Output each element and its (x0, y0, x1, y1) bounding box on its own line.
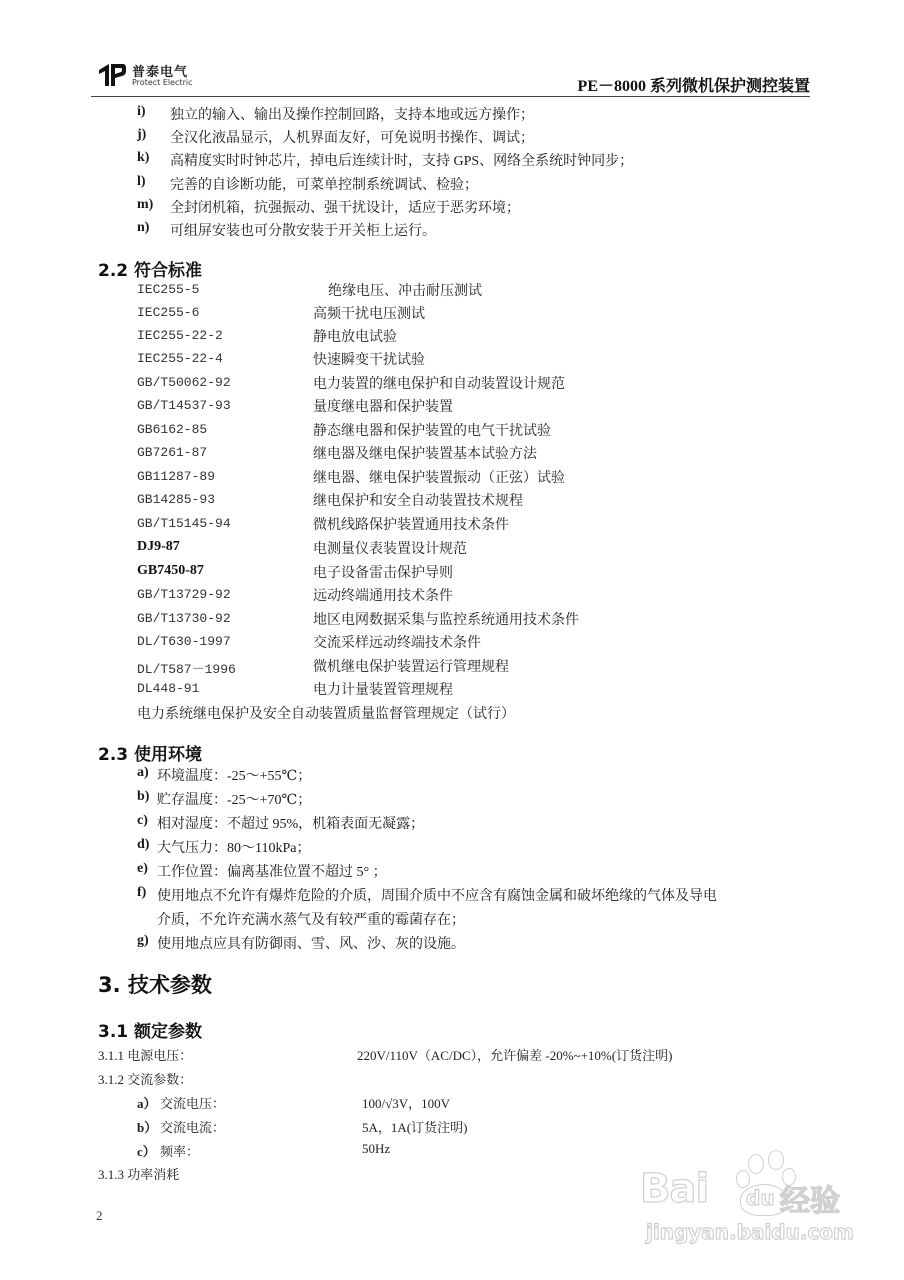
standard-code: IEC255-6 (137, 305, 199, 320)
list-marker: c） (137, 1141, 156, 1160)
list-text: 大气压力：80～110kPa； (157, 837, 310, 857)
standard-code: DL448-91 (137, 681, 199, 696)
list-text: 全汉化液晶显示，人机界面友好，可免说明书操作、调试； (170, 127, 534, 147)
standard-desc: 绝缘电压、冲击耐压测试 (328, 280, 482, 300)
list-marker: m) (137, 197, 153, 213)
standard-desc: 电测量仪表装置设计规范 (313, 538, 467, 558)
standard-desc: 地区电网数据采集与监控系统通用技术条件 (313, 609, 579, 629)
list-text: 贮存温度：-25～+70℃； (157, 789, 311, 809)
paw-toe-icon (768, 1150, 784, 1170)
param-value: 5A，1A(订货注明) (362, 1117, 467, 1136)
list-text: 相对湿度：不超过 95%，机箱表面无凝露； (157, 813, 424, 833)
standard-code: GB7261-87 (137, 445, 207, 460)
watermark-brand-cn: 经验 (780, 1176, 840, 1220)
standard-desc: 电力装置的继电保护和自动装置设计规范 (313, 373, 565, 393)
param-value: 50Hz (362, 1141, 390, 1157)
standard-desc: 微机线路保护装置通用技术条件 (313, 514, 509, 534)
list-text: 可组屏安装也可分散安装于开关柜上运行。 (170, 220, 436, 240)
standard-code: GB14285-93 (137, 492, 215, 507)
list-marker: l) (137, 174, 146, 190)
standard-desc: 静态继电器和保护装置的电气干扰试验 (313, 420, 551, 440)
list-marker: g) (137, 933, 149, 949)
standard-desc: 继电器及继电保护装置基本试验方法 (313, 443, 537, 463)
standard-desc: 远动终端通用技术条件 (313, 585, 453, 605)
list-text: 环境温度：-25～+55℃； (157, 765, 311, 785)
standard-desc: 微机继电保护装置运行管理规程 (313, 656, 509, 676)
param-label: 交流电压： (160, 1093, 225, 1112)
standard-code: DL/T630-1997 (137, 634, 231, 649)
standard-code: GB7450-87 (137, 563, 204, 579)
standard-desc: 电力计量装置管理规程 (313, 679, 453, 699)
standard-desc: 静电放电试验 (313, 326, 397, 346)
section-heading-standards: 2.2 符合标准 (98, 256, 202, 281)
list-text: 完善的自诊断功能，可菜单控制系统调试、检验； (170, 174, 478, 194)
watermark-brand-du: du (746, 1186, 775, 1210)
standard-desc: 继电器、继电保护装置振动（正弦）试验 (313, 467, 565, 487)
list-marker: c) (137, 813, 148, 829)
list-marker: n) (137, 220, 149, 236)
list-marker: b) (137, 789, 149, 805)
document-title: PE－8000 系列微机保护测控装置 (578, 73, 810, 96)
watermark-url: jingyan.baidu.com (646, 1220, 854, 1244)
list-marker: e) (137, 861, 148, 877)
standard-code: GB/T13730-92 (137, 611, 231, 626)
section-heading-environment: 2.3 使用环境 (98, 740, 202, 765)
standard-desc: 继电保护和安全自动装置技术规程 (313, 490, 523, 510)
list-text: 全封闭机箱，抗强振动、强干扰设计，适应于恶劣环境； (170, 197, 520, 217)
param-label-ac: 3.1.2 交流参数： (98, 1069, 192, 1088)
chapter-heading: 3. 技术参数 (98, 969, 212, 999)
param-value: 100/√3V，100V (362, 1093, 450, 1112)
header-divider (91, 96, 810, 97)
param-label: 交流电流： (160, 1117, 225, 1136)
company-logo-icon (97, 62, 127, 88)
list-marker: a） (137, 1093, 157, 1112)
param-label-power-consumption: 3.1.3 功率消耗 (98, 1164, 179, 1183)
list-text-continued: 介质，不允许充满水蒸气及有较严重的霉菌存在； (157, 909, 465, 929)
standard-desc: 量度继电器和保护装置 (313, 396, 453, 416)
list-text: 工作位置：偏离基准位置不超过 5° ； (157, 861, 387, 881)
standard-code: GB6162-85 (137, 422, 207, 437)
standard-desc: 高频干扰电压测试 (313, 303, 425, 323)
standard-desc: 电子设备雷击保护导则 (313, 562, 453, 582)
param-value: 220V/110V（AC/DC），允许偏差 -20%~+10%(订货注明) (357, 1045, 672, 1064)
standard-code: GB/T15145-94 (137, 516, 231, 531)
standard-code: IEC255-22-4 (137, 351, 223, 366)
list-text: 使用地点不允许有爆炸危险的介质，周围介质中不应含有腐蚀金属和破坏绝缘的气体及导电 (157, 885, 717, 905)
list-marker: a) (137, 765, 149, 781)
param-label: 3.1.1 电源电压： (98, 1045, 192, 1064)
standard-code: GB/T14537-93 (137, 398, 231, 413)
list-text: 独立的输入、输出及操作控制回路，支持本地或远方操作； (170, 104, 534, 124)
list-marker: j) (137, 127, 146, 143)
list-marker: f) (137, 885, 146, 901)
standard-desc: 交流采样远动终端技术条件 (313, 632, 481, 652)
list-marker: k) (137, 150, 149, 166)
standard-code: DL/T587－1996 (137, 658, 236, 677)
list-text: 高精度实时时钟芯片，掉电后连续计时，支持 GPS、网络全系统时钟同步； (170, 150, 633, 170)
param-label: 频率： (160, 1141, 199, 1160)
standard-code: IEC255-5 (137, 282, 199, 297)
page-number: 2 (96, 1208, 103, 1224)
section-heading-rated-params: 3.1 额定参数 (98, 1017, 202, 1042)
list-marker: b） (137, 1117, 157, 1136)
list-text: 使用地点应具有防御雨、雪、风、沙、灰的设施。 (157, 933, 465, 953)
standard-code: GB11287-89 (137, 469, 215, 484)
standard-code: GB/T13729-92 (137, 587, 231, 602)
standard-desc: 快速瞬变干扰试验 (313, 349, 425, 369)
company-name-en: Protect Electric (132, 78, 192, 87)
baidu-watermark: Bai du 经验 jingyan.baidu.com (640, 1148, 880, 1258)
standards-footer-line: 电力系统继电保护及安全自动装置质量监督管理规定（试行） (137, 703, 515, 723)
standard-code: DJ9-87 (137, 539, 180, 555)
standard-code: IEC255-22-2 (137, 328, 223, 343)
list-marker: i) (137, 104, 146, 120)
watermark-brand: Bai (640, 1166, 708, 1212)
list-marker: d) (137, 837, 149, 853)
standard-code: GB/T50062-92 (137, 375, 231, 390)
paw-toe-icon (748, 1154, 764, 1174)
